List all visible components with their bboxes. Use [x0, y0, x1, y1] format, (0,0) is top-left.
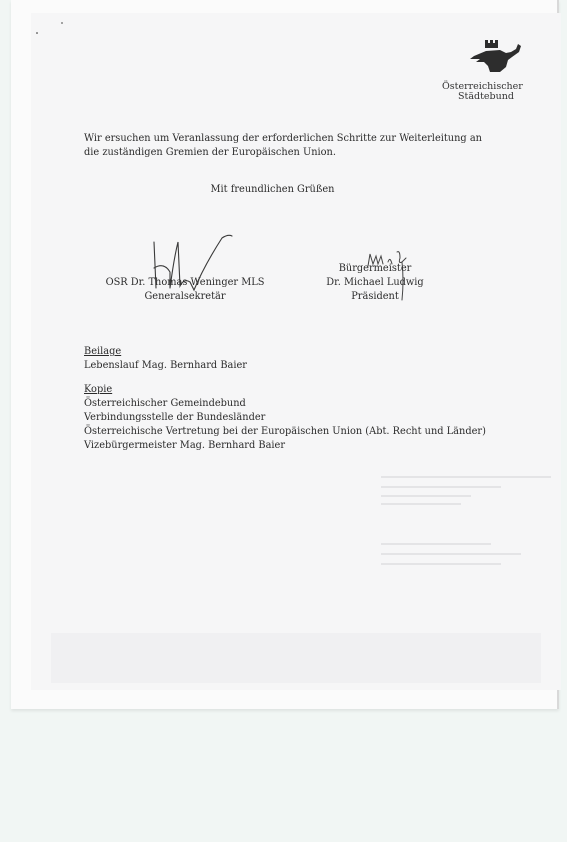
bleed-through-mark	[381, 553, 521, 555]
crowned-griffin-icon	[466, 40, 526, 82]
bleed-through-mark	[381, 495, 471, 497]
request-paragraph: Wir ersuchen um Veranlassung der erforde…	[84, 132, 482, 160]
closing-salutation: Mit freundlichen Grüßen	[0, 183, 567, 197]
copy-recipient: Österreichische Vertretung bei der Europ…	[84, 425, 486, 439]
attachments-heading: Beilage	[84, 345, 247, 359]
bleed-through-mark	[381, 486, 501, 488]
bleed-through-mark	[381, 476, 551, 478]
copy-recipient: Verbindungsstelle der Bundesländer	[84, 411, 486, 425]
attachments-section: Beilage Lebenslauf Mag. Bernhard Baier	[84, 345, 247, 373]
copies-section: Kopie Österreichischer Gemeindebund Verb…	[84, 383, 486, 453]
bleed-through-mark	[381, 543, 491, 545]
closing-text: Mit freundlichen Grüßen	[211, 184, 335, 195]
bleed-through-mark	[381, 503, 461, 505]
copy-recipient: Vizebürgermeister Mag. Bernhard Baier	[84, 439, 486, 453]
signatory-right-name: Dr. Michael Ludwig	[320, 276, 430, 290]
copies-heading: Kopie	[84, 383, 486, 397]
paragraph-line: Wir ersuchen um Veranlassung der erforde…	[84, 132, 482, 146]
bleed-through-area	[51, 633, 541, 683]
organization-name-line2: Städtebund	[458, 92, 538, 102]
bleed-through-mark	[381, 563, 501, 565]
signatory-left-name: OSR Dr. Thomas Weninger MLS	[100, 276, 270, 290]
signatory-left-title: Generalsekretär	[100, 290, 270, 304]
signatory-right-title: Präsident	[320, 290, 430, 304]
letterhead-logo: Österreichischer Städtebund	[438, 40, 538, 102]
signatory-right: Bürgermeister Dr. Michael Ludwig Präside…	[320, 262, 430, 304]
paragraph-line: die zuständigen Gremien der Europäischen…	[84, 146, 482, 160]
copy-recipient: Österreichischer Gemeindebund	[84, 397, 486, 411]
scan-speck	[36, 32, 38, 34]
attachment-item: Lebenslauf Mag. Bernhard Baier	[84, 359, 247, 373]
signatory-left: OSR Dr. Thomas Weninger MLS Generalsekre…	[100, 276, 270, 304]
scan-speck	[61, 22, 63, 24]
signatory-right-role: Bürgermeister	[320, 262, 430, 276]
